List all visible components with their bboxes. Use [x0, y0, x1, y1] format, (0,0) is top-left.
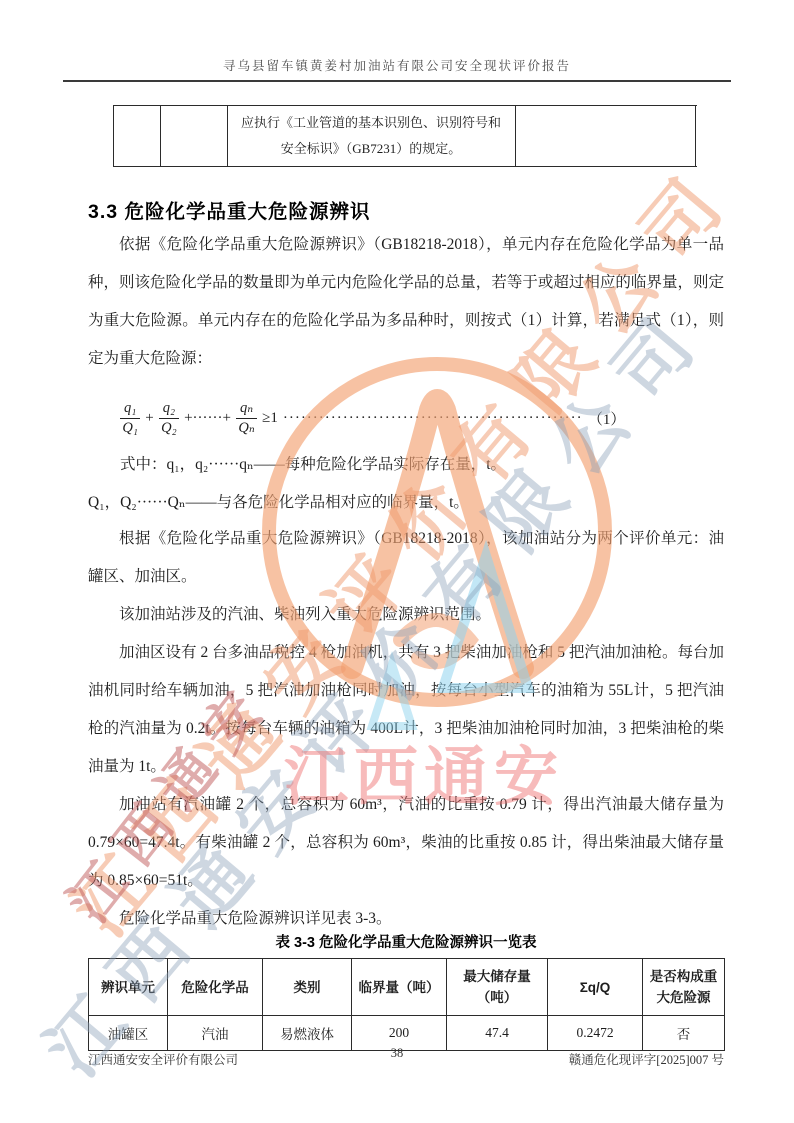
- table-caption: 表 3-3 危险化学品重大危险源辨识一览表: [88, 931, 724, 952]
- fraction: q₂ Q₂: [159, 400, 179, 436]
- formula-number: （1）: [588, 408, 626, 429]
- operator: +······+: [184, 410, 231, 427]
- header-cell: 危险化学品: [168, 959, 263, 1016]
- section-heading: 3.3 危险化学品重大危险源辨识: [88, 196, 371, 224]
- body-paragraph: 依据《危险化学品重大危险源辨识》（GB18218-2018），单元内存在危险化学…: [88, 226, 724, 378]
- hazard-identification-table: 辨识单元 危险化学品 类别 临界量（吨） 最大储存量（吨） Σq/Q 是否构成重…: [88, 958, 725, 1051]
- header-cell: Σq/Q: [548, 959, 643, 1016]
- dot-leader: ········································…: [283, 410, 583, 427]
- header-cell: 最大储存量（吨）: [447, 959, 548, 1016]
- formula-1: q₁ Q₁ + q₂ Q₂ +······+ qₙ Qₙ ≥1 ········…: [120, 392, 680, 444]
- header-cell: 辨识单元: [89, 959, 168, 1016]
- header-cell: 类别: [263, 959, 352, 1016]
- table-border: [515, 106, 516, 166]
- body-paragraph: 该加油站涉及的汽油、柴油列入重大危险源辨识范围。: [88, 596, 724, 634]
- cell-line: 应执行《工业管道的基本识别色、识别符号和: [229, 110, 513, 136]
- header-cell: 是否构成重大危险源: [643, 959, 725, 1016]
- report-page: 江西通安评价有限公司 江西通安评价有限公司 江西通安 江西通安 寻乌县留车镇黄姜…: [0, 0, 794, 1123]
- formula-legend: Q₁，Q₂······Qₙ——与各危险化学品相对应的临界量，t。: [88, 484, 724, 522]
- table-header-row: 辨识单元 危险化学品 类别 临界量（吨） 最大储存量（吨） Σq/Q 是否构成重…: [89, 959, 725, 1016]
- operator: ≥1: [262, 410, 278, 427]
- page-header-title: 寻乌县留车镇黄姜村加油站有限公司安全现状评价报告: [0, 56, 794, 74]
- table-border: [160, 106, 161, 166]
- operator: +: [145, 410, 153, 427]
- carried-over-table-cell: 应执行《工业管道的基本识别色、识别符号和 安全标识》（GB7231）的规定。: [229, 110, 513, 162]
- fraction: qₙ Qₙ: [236, 400, 257, 436]
- fraction: q₁ Q₁: [120, 400, 140, 436]
- body-paragraph: 根据《危险化学品重大危险源辨识》（GB18218-2018），该加油站分为两个评…: [88, 520, 724, 596]
- table-border: [227, 106, 228, 166]
- formula-legend: 式中：q₁，q₂······qₙ——每种危险化学品实际存在量，t。: [88, 446, 756, 484]
- header-cell: 临界量（吨）: [352, 959, 447, 1016]
- cell-line: 安全标识》（GB7231）的规定。: [229, 136, 513, 162]
- header-divider: [63, 80, 731, 82]
- body-paragraph: 加油区设有 2 台多油品税控 4 枪加油机，共有 3 把柴油加油枪和 5 把汽油…: [88, 634, 724, 786]
- footer-doc-number: 赣通危化现评字[2025]007 号: [569, 1050, 724, 1068]
- table-border: [695, 106, 696, 166]
- body-paragraph: 加油站有汽油罐 2 个，总容积为 60m³，汽油的比重按 0.79 计，得出汽油…: [88, 786, 724, 900]
- carried-over-table: 应执行《工业管道的基本识别色、识别符号和 安全标识》（GB7231）的规定。: [113, 105, 697, 167]
- table-border: [113, 106, 114, 166]
